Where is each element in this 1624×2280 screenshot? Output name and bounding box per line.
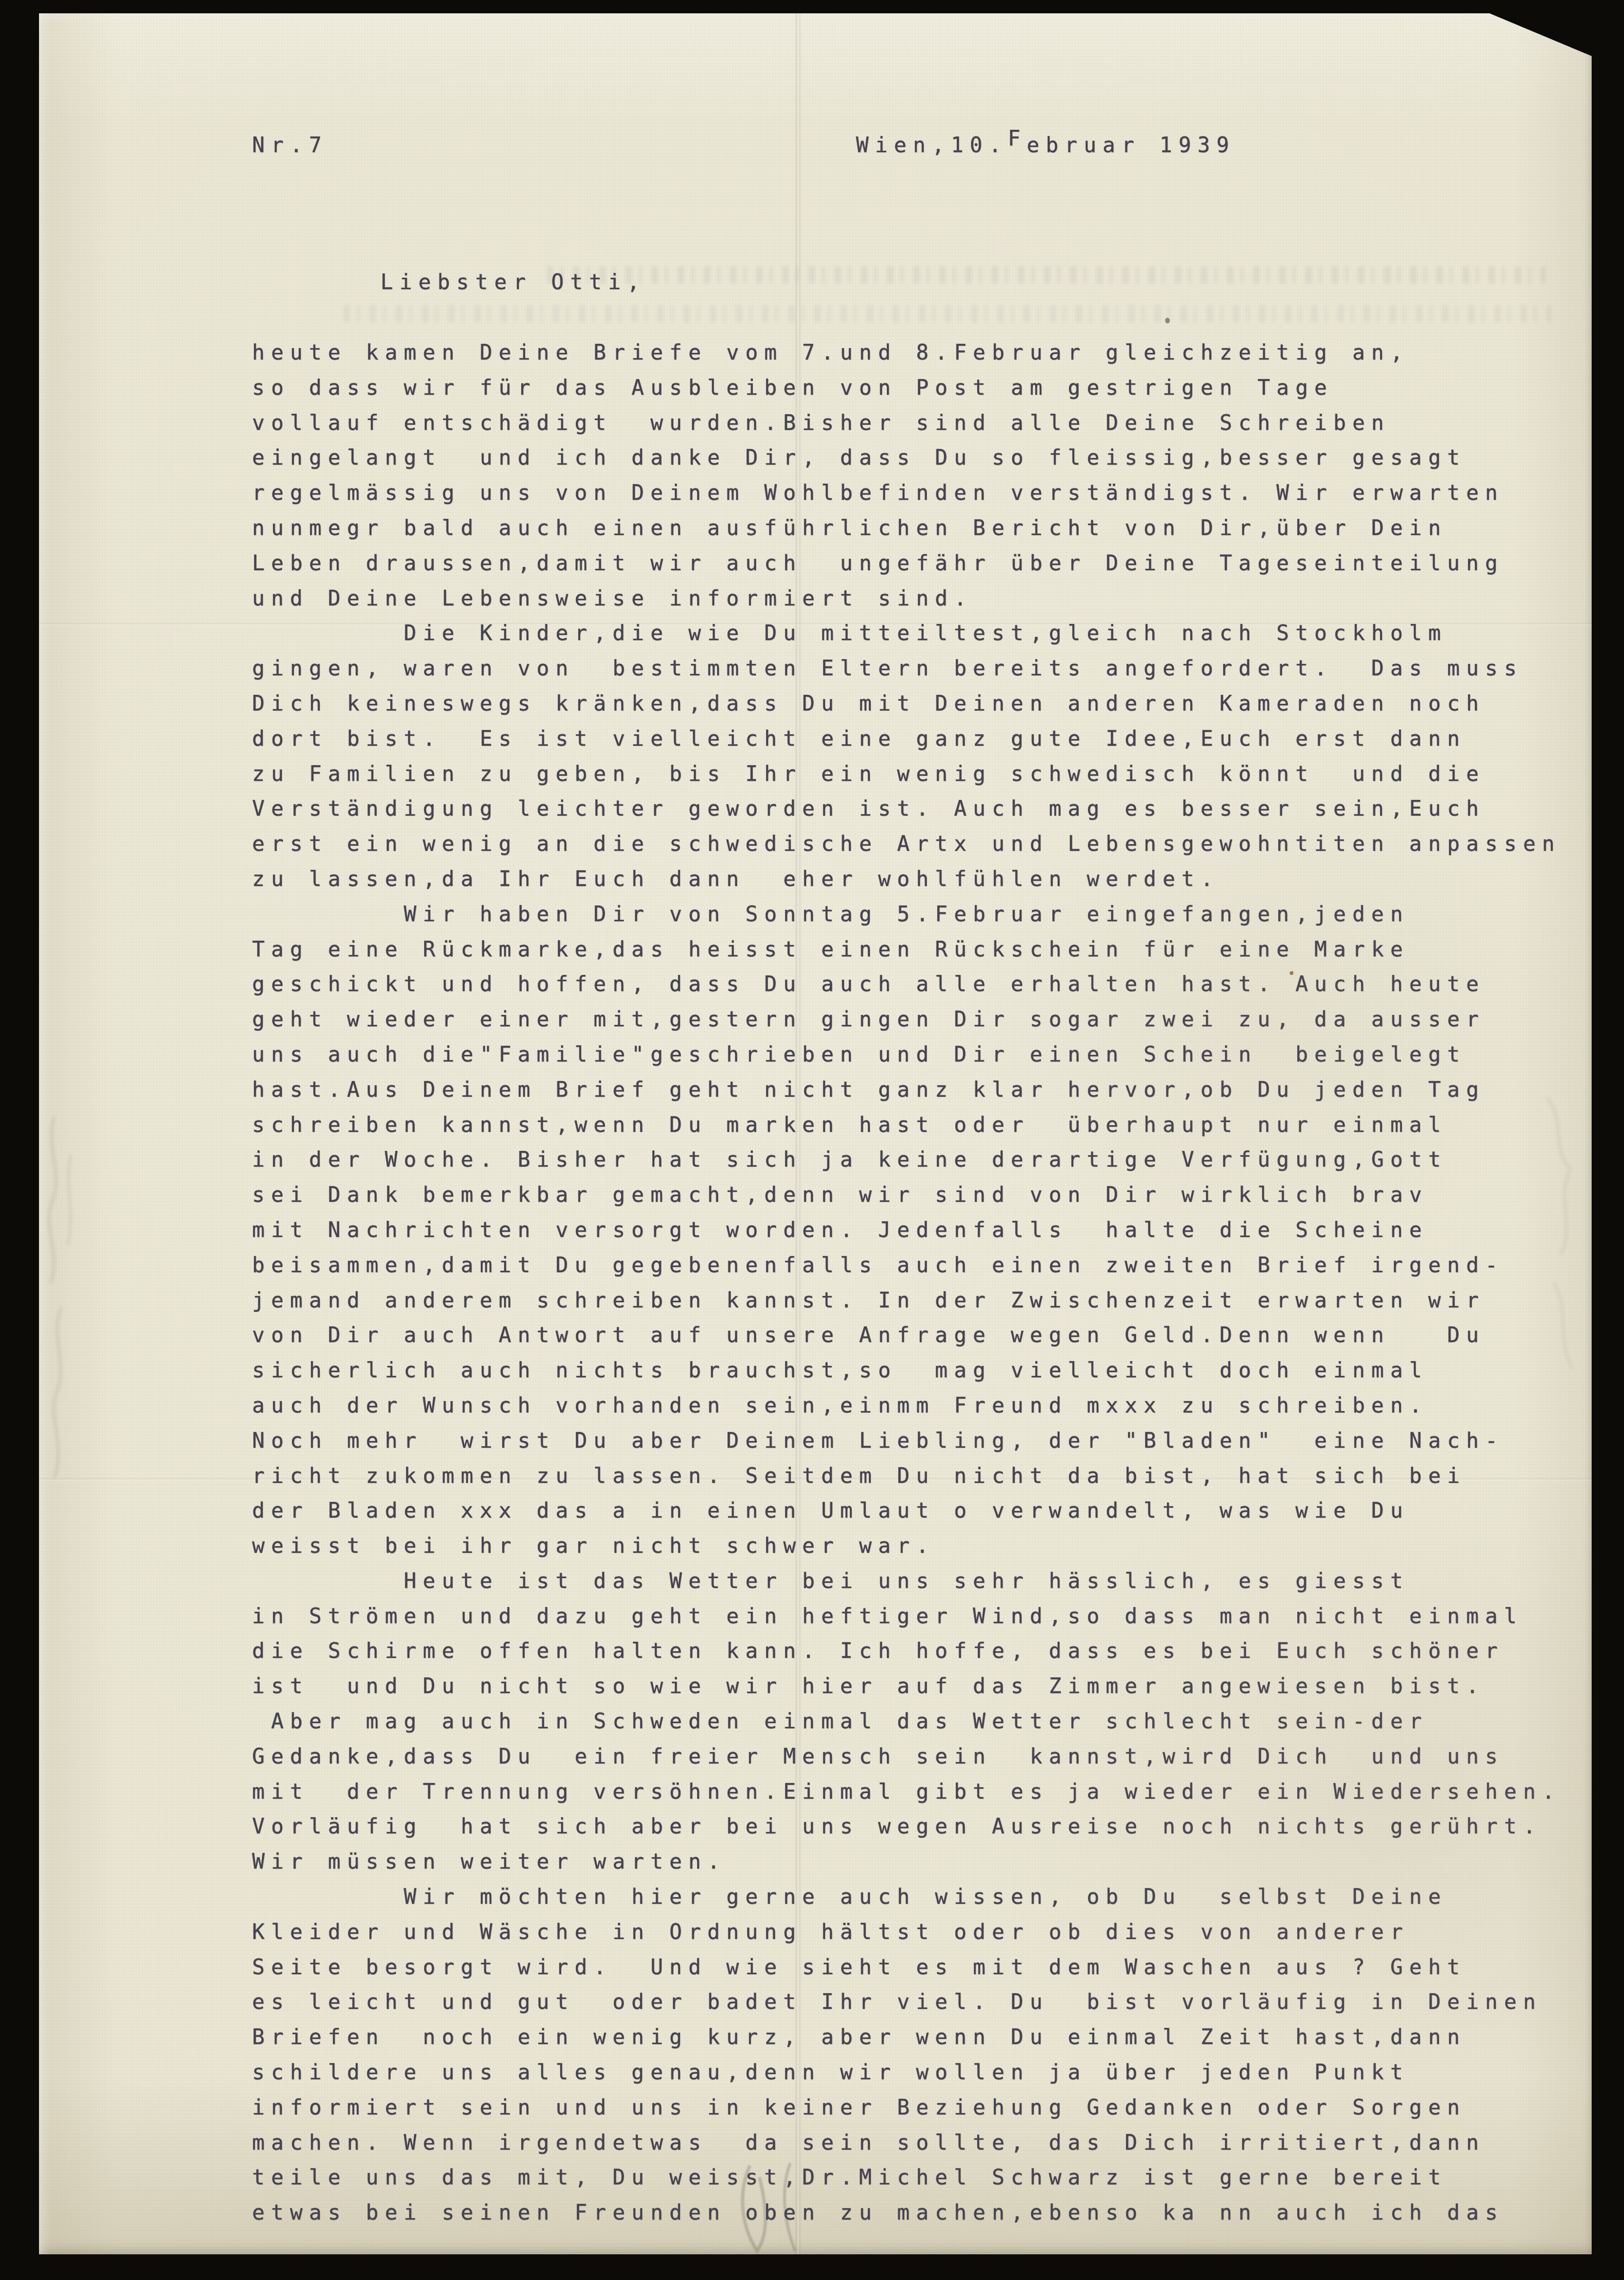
dateline-rest: ebruar 1939 xyxy=(1027,133,1235,157)
letter-line: Seite besorgt wird. Und wie sieht es mit… xyxy=(252,1950,1561,1985)
letter-line: dort bist. Es ist vielleicht eine ganz g… xyxy=(252,721,1561,757)
letter-line: eingelangt und ich danke Dir, dass Du so… xyxy=(252,440,1561,476)
bleed-through-handwriting xyxy=(40,1107,83,1516)
letter-line: Wir möchten hier gerne auch wissen, ob D… xyxy=(252,1880,1561,1915)
letter-line: sei Dank bemerkbar gemacht,denn wir sind… xyxy=(252,1178,1561,1213)
ink-speck xyxy=(1165,318,1170,323)
letter-line: weisst bei ihr gar nicht schwer war. xyxy=(252,1529,1561,1564)
letter-line: Gedanke,dass Du ein freier Mensch sein k… xyxy=(252,1739,1561,1774)
letter-line: Wir müssen weiter warten. xyxy=(252,1844,1561,1880)
letter-line: Kleider und Wäsche in Ordnung hältst ode… xyxy=(252,1915,1561,1950)
letter-line: regelmässig uns von Deinem Wohlbefinden … xyxy=(252,476,1561,511)
letter-line: schildere uns alles genau,denn wir wolle… xyxy=(252,2055,1561,2090)
letter-line: etwas bei seinen Freunden oben zu machen… xyxy=(252,2195,1561,2231)
letter-line: geschickt und hoffen, dass Du auch alle … xyxy=(252,967,1561,1002)
letter-line: Vorläufig hat sich aber bei uns wegen Au… xyxy=(252,1809,1561,1844)
letter-line: auch der Wunsch vorhanden sein,einmm Fre… xyxy=(252,1388,1561,1423)
letter-line: Noch mehr wirst Du aber Deinem Liebling,… xyxy=(252,1423,1561,1459)
letter-line: in Strömen und dazu geht ein heftiger Wi… xyxy=(252,1599,1561,1634)
letter-line: machen. Wenn irgendetwas da sein sollte,… xyxy=(252,2125,1561,2161)
letter-line: Tag eine Rückmarke,das heisst einen Rück… xyxy=(252,932,1561,967)
letter-line: Dich keineswegs kränken,dass Du mit Dein… xyxy=(252,686,1561,721)
letter-line: der Bladen xxx das a in einen Umlaut o v… xyxy=(252,1493,1561,1529)
letter-line: und Deine Lebensweise informiert sind. xyxy=(252,581,1561,616)
letter-line: nunmegr bald auch einen ausführlichen Be… xyxy=(252,511,1561,546)
bleed-through-text xyxy=(547,266,1546,283)
letter-line: beisammen,damit Du gegebenenfalls auch e… xyxy=(252,1248,1561,1283)
letter-line: Briefen noch ein wenig kurz, aber wenn D… xyxy=(252,2020,1561,2055)
salutation: Liebster Otti, xyxy=(380,270,646,294)
letter-line: informiert sein und uns in keiner Bezieh… xyxy=(252,2090,1561,2125)
letter-line: Verständigung leichter geworden ist. Auc… xyxy=(252,791,1561,827)
letter-number: Nr.7 xyxy=(252,133,328,157)
letter-line: teile uns das mit, Du weisst,Dr.Michel S… xyxy=(252,2160,1561,2195)
bleed-through-text xyxy=(343,305,1551,322)
letter-line: es leicht und gut oder badet Ihr viel. D… xyxy=(252,1985,1561,2020)
dateline-prefix: Wien,10. xyxy=(856,133,1008,157)
letter-line: Die Kinder,die wie Du mitteiltest,gleich… xyxy=(252,616,1561,651)
letter-line: mit der Trennung versöhnen.Einmal gibt e… xyxy=(252,1774,1561,1810)
letter-line: mit Nachrichten versorgt worden. Jedenfa… xyxy=(252,1213,1561,1248)
letter-line: schreiben kannst,wenn Du marken hast ode… xyxy=(252,1108,1561,1143)
letter-line: so dass wir für das Ausbleiben von Post … xyxy=(252,370,1561,406)
letter-line: von Dir auch Antwort auf unsere Anfrage … xyxy=(252,1318,1561,1353)
letter-line: zu Familien zu geben, bis Ihr ein wenig … xyxy=(252,757,1561,792)
letter-line: erst ein wenig an die schwedische Artx u… xyxy=(252,827,1561,862)
letter-line: Aber mag auch in Schweden einmal das Wet… xyxy=(252,1704,1561,1739)
letter-line: ist und Du nicht so wie wir hier auf das… xyxy=(252,1669,1561,1704)
letter-page: Nr.7 Wien,10.Februar 1939 Liebster Otti,… xyxy=(39,13,1592,2254)
letter-line: Heute ist das Wetter bei uns sehr hässli… xyxy=(252,1564,1561,1599)
letter-line: jemand anderem schreiben kannst. In der … xyxy=(252,1283,1561,1318)
dateline: Wien,10.Februar 1939 xyxy=(856,133,1235,157)
letter-line: Wir haben Dir von Sonntag 5.Februar eing… xyxy=(252,897,1561,932)
letter-line: geht wieder einer mit,gestern gingen Dir… xyxy=(252,1002,1561,1037)
letter-line: hast.Aus Deinem Brief geht nicht ganz kl… xyxy=(252,1072,1561,1108)
letter-line: zu lassen,da Ihr Euch dann eher wohlfühl… xyxy=(252,862,1561,897)
letter-line: in der Woche. Bisher hat sich ja keine d… xyxy=(252,1142,1561,1178)
letter-line: uns auch die"Familie"geschrieben und Dir… xyxy=(252,1037,1561,1072)
letter-line: Leben draussen,damit wir auch ungefähr ü… xyxy=(252,546,1561,581)
letter-line: richt zukommen zu lassen. Seitdem Du nic… xyxy=(252,1459,1561,1494)
letter-line: die Schirme offen halten kann. Ich hoffe… xyxy=(252,1634,1561,1669)
dateline-raised-letter: F xyxy=(1008,127,1027,151)
letter-body: heute kamen Deine Briefe vom 7.und 8.Feb… xyxy=(252,335,1561,2231)
letter-line: gingen, waren von bestimmten Eltern bere… xyxy=(252,651,1561,686)
letter-line: sicherlich auch nichts brauchst,so mag v… xyxy=(252,1353,1561,1388)
letter-line: heute kamen Deine Briefe vom 7.und 8.Feb… xyxy=(252,335,1561,370)
letter-line: vollauf entschädigt wurden.Bisher sind a… xyxy=(252,406,1561,441)
scan-background: Nr.7 Wien,10.Februar 1939 Liebster Otti,… xyxy=(0,0,1624,2280)
